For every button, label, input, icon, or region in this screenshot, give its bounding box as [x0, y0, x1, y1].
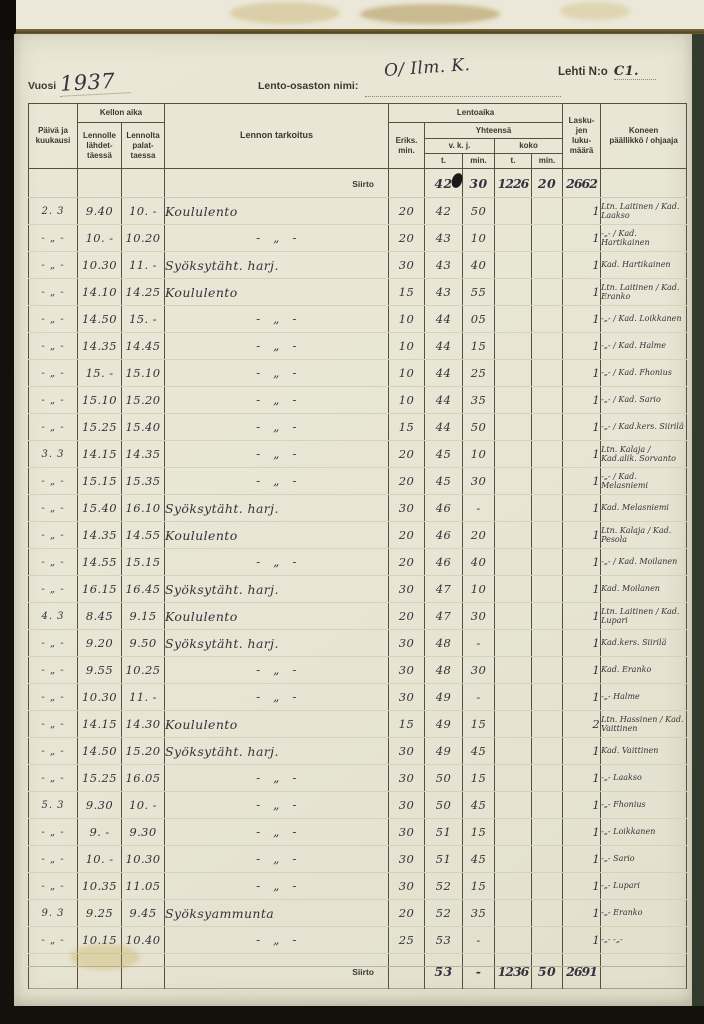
cell-pilot: Ltn. Hassinen / Kad. Vaittinen: [601, 711, 687, 738]
cell-total-min: 45: [463, 792, 495, 819]
cell-eriks-min: 30: [389, 873, 425, 900]
header-eriks-min: Eriks. min.: [389, 123, 425, 169]
cell-total-min: 15: [463, 333, 495, 360]
cell-pilot: Ltn. Laitinen / Kad. Eranko: [601, 279, 687, 306]
cell-total-hours: 45: [425, 441, 463, 468]
cell-landings: 2691: [563, 954, 601, 989]
cell-departure-time: [78, 169, 122, 198]
cell-eriks-min: 10: [389, 333, 425, 360]
cell-eriks-min: 30: [389, 792, 425, 819]
cell-koko-min: [532, 900, 563, 927]
cell-koko-hours: [495, 360, 532, 387]
cell-purpose: - „ -: [165, 873, 389, 900]
cell-purpose: - „ -: [165, 792, 389, 819]
cell-departure-time: 10.30: [78, 252, 122, 279]
cell-return-time: 14.30: [122, 711, 165, 738]
cell-koko-hours: [495, 414, 532, 441]
cell-koko-min: [532, 873, 563, 900]
cell-koko-min: [532, 657, 563, 684]
cell-eriks-min: 20: [389, 900, 425, 927]
cell-koko-hours: [495, 846, 532, 873]
cell-date: - „ -: [29, 738, 78, 765]
cell-pilot: Ltn. Kalaja / Kad. Pesola: [601, 522, 687, 549]
table-row: - „ -16.1516.45Syöksytäht. harj.3047101K…: [29, 576, 687, 603]
cell-return-time: 15.35: [122, 468, 165, 495]
cell-koko-min: [532, 306, 563, 333]
table-row: - „ -14.5015. -- „ -1044051-„- / Kad. Lo…: [29, 306, 687, 333]
cell-landings: 2662: [563, 169, 601, 198]
cell-koko-min: [532, 522, 563, 549]
cell-purpose: - „ -: [165, 225, 389, 252]
paper-stain: [360, 4, 500, 24]
cell-purpose: Syöksyammunta: [165, 900, 389, 927]
cell-return-time: 11. -: [122, 684, 165, 711]
cell-total-hours: 51: [425, 846, 463, 873]
cell-departure-time: 9.55: [78, 657, 122, 684]
cell-koko-hours: 1236: [495, 954, 532, 989]
cell-total-hours: 47: [425, 603, 463, 630]
cell-departure-time: 9.25: [78, 900, 122, 927]
cell-total-min: -: [463, 927, 495, 954]
cell-departure-time: 15.40: [78, 495, 122, 522]
cell-return-time: 10.25: [122, 657, 165, 684]
cell-date: - „ -: [29, 414, 78, 441]
cell-koko-hours: [495, 819, 532, 846]
cell-return-time: 16.10: [122, 495, 165, 522]
cell-koko-min: [532, 360, 563, 387]
cell-landings: 1: [563, 306, 601, 333]
cell-purpose: Syöksytäht. harj.: [165, 495, 389, 522]
cell-koko-hours: [495, 468, 532, 495]
table-row: 4. 38.459.15Koululento2047301Ltn. Laitin…: [29, 603, 687, 630]
cell-koko-hours: [495, 873, 532, 900]
cell-pilot: -„- Loikkanen: [601, 819, 687, 846]
cell-total-min: 35: [463, 900, 495, 927]
cell-pilot: -„- / Kad. Fhonius: [601, 360, 687, 387]
cell-pilot: -„- / Kad.kers. Siirilä: [601, 414, 687, 441]
cell-departure-time: 14.55: [78, 549, 122, 576]
cell-koko-min: [532, 279, 563, 306]
cell-return-time: 15. -: [122, 306, 165, 333]
cell-koko-min: [532, 198, 563, 225]
cell-eriks-min: 30: [389, 495, 425, 522]
cell-landings: 1: [563, 846, 601, 873]
cell-departure-time: 16.15: [78, 576, 122, 603]
cell-total-min: 40: [463, 549, 495, 576]
cell-departure-time: 14.50: [78, 738, 122, 765]
cell-date: - „ -: [29, 873, 78, 900]
cell-total-hours: 44: [425, 414, 463, 441]
cell-total-hours: 49: [425, 684, 463, 711]
cell-landings: 1: [563, 414, 601, 441]
cell-purpose: - „ -: [165, 927, 389, 954]
cell-total-hours: 53: [425, 954, 463, 989]
cell-return-time: [122, 169, 165, 198]
cell-landings: 1: [563, 873, 601, 900]
cell-total-hours: 49: [425, 711, 463, 738]
cell-pilot: -„- / Kad. Sario: [601, 387, 687, 414]
sheet-number-label: Lehti N:o: [558, 66, 608, 78]
flight-log-table: Päivä ja kuukausi Kellon aika Lennon tar…: [28, 103, 687, 989]
cell-koko-hours: [495, 738, 532, 765]
cell-date: - „ -: [29, 819, 78, 846]
cell-purpose: - „ -: [165, 765, 389, 792]
cell-date: 4. 3: [29, 603, 78, 630]
header-vkj: v. k. j.: [425, 139, 495, 154]
cell-return-time: 10.30: [122, 846, 165, 873]
cell-eriks-min: [389, 954, 425, 989]
cell-departure-time: 14.35: [78, 333, 122, 360]
cell-koko-hours: [495, 711, 532, 738]
cell-return-time: 16.05: [122, 765, 165, 792]
cell-pilot: -„- Fhonius: [601, 792, 687, 819]
cell-total-hours: 52: [425, 900, 463, 927]
table-row: 2. 39.4010. -Koululento2042501Ltn. Laiti…: [29, 198, 687, 225]
header-hours: t.: [425, 154, 463, 169]
cell-date: - „ -: [29, 576, 78, 603]
cell-purpose: - „ -: [165, 387, 389, 414]
cell-purpose: - „ -: [165, 549, 389, 576]
cell-total-hours: 51: [425, 819, 463, 846]
cell-landings: 1: [563, 576, 601, 603]
cell-koko-hours: [495, 522, 532, 549]
cell-total-hours: 53: [425, 927, 463, 954]
cell-eriks-min: 10: [389, 306, 425, 333]
cell-landings: 1: [563, 468, 601, 495]
cell-eriks-min: 20: [389, 603, 425, 630]
cell-pilot: -„- Sario: [601, 846, 687, 873]
table-row: - „ -15.1515.35- „ -2045301-„- / Kad. Me…: [29, 468, 687, 495]
cell-departure-time: 15.25: [78, 765, 122, 792]
paper-stain: [230, 2, 340, 24]
cell-departure-time: 9.20: [78, 630, 122, 657]
cell-koko-min: [532, 549, 563, 576]
cell-total-min: 10: [463, 225, 495, 252]
cell-pilot: -„- Eranko: [601, 900, 687, 927]
cell-departure-time: 8.45: [78, 603, 122, 630]
cell-departure-time: 10.35: [78, 873, 122, 900]
cell-eriks-min: 30: [389, 576, 425, 603]
cell-purpose: Syöksytäht. harj.: [165, 576, 389, 603]
cell-eriks-min: 30: [389, 630, 425, 657]
cell-pilot: Ltn. Kalaja / Kad.alik. Sorvanto: [601, 441, 687, 468]
header-koko: koko: [495, 139, 563, 154]
header-flight-time: Lentoaika: [389, 104, 563, 123]
table-row: 5. 39.3010. -- „ -3050451-„- Fhonius: [29, 792, 687, 819]
cell-pilot: [601, 954, 687, 989]
cell-total-min: 30: [463, 468, 495, 495]
cell-departure-time: 14.15: [78, 441, 122, 468]
cell-landings: 1: [563, 522, 601, 549]
table-row: - „ -15.1015.20- „ -1044351-„- / Kad. Sa…: [29, 387, 687, 414]
cell-eriks-min: 20: [389, 549, 425, 576]
cell-return-time: 14.35: [122, 441, 165, 468]
year-field: Vuosi1937: [28, 70, 130, 95]
cell-koko-hours: [495, 306, 532, 333]
cell-date: 3. 3: [29, 441, 78, 468]
header-hours: t.: [495, 154, 532, 169]
cell-date: - „ -: [29, 549, 78, 576]
cell-landings: 1: [563, 360, 601, 387]
cell-total-min: 20: [463, 522, 495, 549]
cell-total-hours: 45: [425, 468, 463, 495]
cell-koko-min: [532, 819, 563, 846]
cell-purpose: - „ -: [165, 468, 389, 495]
cell-eriks-min: 30: [389, 684, 425, 711]
cell-total-min: 30: [463, 603, 495, 630]
cell-eriks-min: 30: [389, 765, 425, 792]
cell-koko-hours: 1226: [495, 169, 532, 198]
cell-total-min: 50: [463, 198, 495, 225]
cell-total-hours: 44: [425, 387, 463, 414]
paper-stain: [70, 944, 140, 970]
table-row: - „ -9.5510.25- „ -3048301Kad. Eranko: [29, 657, 687, 684]
cell-koko-hours: [495, 657, 532, 684]
table-row: 9. 39.259.45Syöksyammunta2052351-„- Eran…: [29, 900, 687, 927]
table-row: - „ -10. -10.30- „ -3051451-„- Sario: [29, 846, 687, 873]
cell-return-time: 9.30: [122, 819, 165, 846]
cell-purpose: Siirto: [165, 954, 389, 989]
cell-return-time: 11.05: [122, 873, 165, 900]
table-row: 3. 314.1514.35- „ -2045101Ltn. Kalaja / …: [29, 441, 687, 468]
cell-total-min: 15: [463, 819, 495, 846]
table-row: - „ -15. -15.10- „ -1044251-„- / Kad. Fh…: [29, 360, 687, 387]
cell-total-hours: 43: [425, 225, 463, 252]
cell-koko-min: [532, 738, 563, 765]
header-return: Lennolta palat- taessa: [122, 123, 165, 169]
cell-purpose: - „ -: [165, 360, 389, 387]
cell-purpose: - „ -: [165, 684, 389, 711]
table-row: - „ -9. -9.30- „ -3051151-„- Loikkanen: [29, 819, 687, 846]
cell-date: [29, 169, 78, 198]
cell-departure-time: 14.50: [78, 306, 122, 333]
table-row: - „ -10.3011. -- „ -3049-1-„- Halme: [29, 684, 687, 711]
cell-total-min: 45: [463, 738, 495, 765]
cell-landings: 1: [563, 252, 601, 279]
cell-total-hours: 43: [425, 279, 463, 306]
cell-eriks-min: 15: [389, 711, 425, 738]
header-date: Päivä ja kuukausi: [29, 104, 78, 169]
cell-pilot: Ltn. Laitinen / Kad. Laakso: [601, 198, 687, 225]
cell-departure-time: 9.30: [78, 792, 122, 819]
cell-date: 5. 3: [29, 792, 78, 819]
cell-eriks-min: 10: [389, 360, 425, 387]
year-value: 1937: [60, 68, 131, 97]
cell-total-hours: 46: [425, 522, 463, 549]
table-row: - „ -14.5515.15- „ -2046401-„- / Kad. Mo…: [29, 549, 687, 576]
cell-total-hours: 42: [425, 198, 463, 225]
cell-total-min: 15: [463, 873, 495, 900]
table-row: - „ -14.3514.55Koululento2046201Ltn. Kal…: [29, 522, 687, 549]
cell-pilot: Kad. Vaittinen: [601, 738, 687, 765]
cell-eriks-min: 20: [389, 198, 425, 225]
cell-departure-time: 9. -: [78, 819, 122, 846]
cell-landings: 1: [563, 333, 601, 360]
cell-koko-hours: [495, 252, 532, 279]
cell-pilot: -„- / Kad. Halme: [601, 333, 687, 360]
cell-total-min: 25: [463, 360, 495, 387]
cell-koko-min: [532, 441, 563, 468]
cell-koko-hours: [495, 495, 532, 522]
header-minutes: min.: [463, 154, 495, 169]
cell-purpose: - „ -: [165, 846, 389, 873]
cell-departure-time: 15. -: [78, 360, 122, 387]
cell-total-min: -: [463, 495, 495, 522]
cell-koko-min: [532, 603, 563, 630]
cell-total-min: 30: [463, 657, 495, 684]
cell-pilot: -„- / Kad. Melasniemi: [601, 468, 687, 495]
cell-koko-min: [532, 684, 563, 711]
table-row: - „ -14.1514.30Koululento1549152Ltn. Has…: [29, 711, 687, 738]
cell-purpose: Siirto: [165, 169, 389, 198]
table-row: - „ -14.5015.20Syöksytäht. harj.3049451K…: [29, 738, 687, 765]
cell-total-min: 55: [463, 279, 495, 306]
cell-landings: 1: [563, 441, 601, 468]
carryover-row-top: Siirto 42 30 1226 20 2662: [29, 169, 687, 198]
cell-date: - „ -: [29, 765, 78, 792]
cell-koko-hours: [495, 630, 532, 657]
cell-return-time: 15.10: [122, 360, 165, 387]
cell-koko-hours: [495, 198, 532, 225]
cell-koko-hours: [495, 279, 532, 306]
cell-date: - „ -: [29, 684, 78, 711]
table-row: - „ -9.209.50Syöksytäht. harj.3048-1Kad.…: [29, 630, 687, 657]
cell-eriks-min: 10: [389, 387, 425, 414]
header-departure: Lennolle lähdet- täessä: [78, 123, 122, 169]
cell-koko-hours: [495, 900, 532, 927]
cell-departure-time: 14.10: [78, 279, 122, 306]
cell-purpose: Syöksytäht. harj.: [165, 252, 389, 279]
cell-date: - „ -: [29, 306, 78, 333]
cell-landings: 1: [563, 792, 601, 819]
cell-landings: 1: [563, 279, 601, 306]
cell-koko-min: [532, 252, 563, 279]
squadron-label: Lento-osaston nimi:: [258, 80, 358, 92]
cell-purpose: Koululento: [165, 603, 389, 630]
cell-return-time: 14.55: [122, 522, 165, 549]
cell-pilot: -„- -„-: [601, 927, 687, 954]
cell-pilot: Kad. Hartikainen: [601, 252, 687, 279]
cell-return-time: 9.45: [122, 900, 165, 927]
cell-total-min: 15: [463, 765, 495, 792]
cell-koko-min: [532, 495, 563, 522]
table-row: - „ -14.1014.25Koululento1543551Ltn. Lai…: [29, 279, 687, 306]
cell-landings: 1: [563, 225, 601, 252]
cell-total-min: 35: [463, 387, 495, 414]
cell-landings: 2: [563, 711, 601, 738]
cell-pilot: Kad. Moilanen: [601, 576, 687, 603]
header-landings: Lasku- jen luku- määrä: [563, 104, 601, 169]
cell-total-min: 05: [463, 306, 495, 333]
cell-purpose: - „ -: [165, 333, 389, 360]
cell-departure-time: 10. -: [78, 225, 122, 252]
cell-landings: 1: [563, 495, 601, 522]
cell-eriks-min: 30: [389, 252, 425, 279]
cell-return-time: 10.20: [122, 225, 165, 252]
cell-eriks-min: 15: [389, 414, 425, 441]
cell-total-hours: 50: [425, 765, 463, 792]
cell-date: - „ -: [29, 846, 78, 873]
cell-total-hours: 44: [425, 333, 463, 360]
siirto-label: Siirto: [352, 176, 388, 189]
cell-departure-time: 15.15: [78, 468, 122, 495]
cell-date: - „ -: [29, 495, 78, 522]
cell-koko-hours: [495, 603, 532, 630]
cell-date: - „ -: [29, 387, 78, 414]
paper-stain: [560, 2, 630, 20]
cell-date: - „ -: [29, 333, 78, 360]
cell-koko-min: [532, 576, 563, 603]
cell-koko-min: [532, 333, 563, 360]
cell-eriks-min: [389, 169, 425, 198]
cell-eriks-min: 30: [389, 657, 425, 684]
cell-return-time: 15.20: [122, 738, 165, 765]
cell-departure-time: 10.30: [78, 684, 122, 711]
cell-total-hours: 48: [425, 657, 463, 684]
cell-purpose: - „ -: [165, 657, 389, 684]
cell-date: - „ -: [29, 711, 78, 738]
cell-koko-hours: [495, 549, 532, 576]
cell-departure-time: 15.25: [78, 414, 122, 441]
cell-return-time: 15.15: [122, 549, 165, 576]
cell-return-time: 15.40: [122, 414, 165, 441]
cell-landings: 1: [563, 927, 601, 954]
cell-total-min: -: [463, 684, 495, 711]
cell-koko-min: [532, 711, 563, 738]
cell-koko-min: [532, 765, 563, 792]
cell-departure-time: 14.15: [78, 711, 122, 738]
cell-koko-min: 50: [532, 954, 563, 989]
cell-landings: 1: [563, 198, 601, 225]
cell-koko-min: 20: [532, 169, 563, 198]
cell-pilot: Kad. Melasniemi: [601, 495, 687, 522]
cell-total-min: 10: [463, 441, 495, 468]
cell-koko-hours: [495, 765, 532, 792]
cell-koko-min: [532, 927, 563, 954]
cell-pilot: -„- / Kad. Moilanen: [601, 549, 687, 576]
table-row: - „ -10. -10.20- „ -2043101-„- / Kad. Ha…: [29, 225, 687, 252]
cell-total-min: 30: [463, 169, 495, 198]
cell-purpose: - „ -: [165, 819, 389, 846]
cell-purpose: Koululento: [165, 522, 389, 549]
cell-koko-hours: [495, 225, 532, 252]
cell-date: - „ -: [29, 360, 78, 387]
table-row: - „ -15.4016.10Syöksytäht. harj.3046-1Ka…: [29, 495, 687, 522]
cell-return-time: 15.20: [122, 387, 165, 414]
cell-eriks-min: 25: [389, 927, 425, 954]
cell-departure-time: 15.10: [78, 387, 122, 414]
cell-pilot: -„- Lupari: [601, 873, 687, 900]
cell-landings: 1: [563, 657, 601, 684]
cell-landings: 1: [563, 630, 601, 657]
cell-purpose: - „ -: [165, 414, 389, 441]
header-purpose: Lennon tarkoitus: [165, 104, 389, 169]
cell-total-hours: 46: [425, 549, 463, 576]
header-pilot: Koneen päällikkö / ohjaaja: [601, 104, 687, 169]
scanned-logbook-photo: { "page": { "vuosi_label": "Vuosi", "vuo…: [0, 0, 704, 1024]
cell-total-min: 50: [463, 414, 495, 441]
cell-total-min: 10: [463, 576, 495, 603]
cell-koko-hours: [495, 333, 532, 360]
cell-landings: 1: [563, 387, 601, 414]
cell-return-time: 16.45: [122, 576, 165, 603]
cell-purpose: Syöksytäht. harj.: [165, 738, 389, 765]
cell-return-time: 14.45: [122, 333, 165, 360]
cell-total-hours: 50: [425, 792, 463, 819]
book-edge-bottom: [0, 1006, 704, 1024]
cell-landings: 1: [563, 819, 601, 846]
cell-date: - „ -: [29, 279, 78, 306]
